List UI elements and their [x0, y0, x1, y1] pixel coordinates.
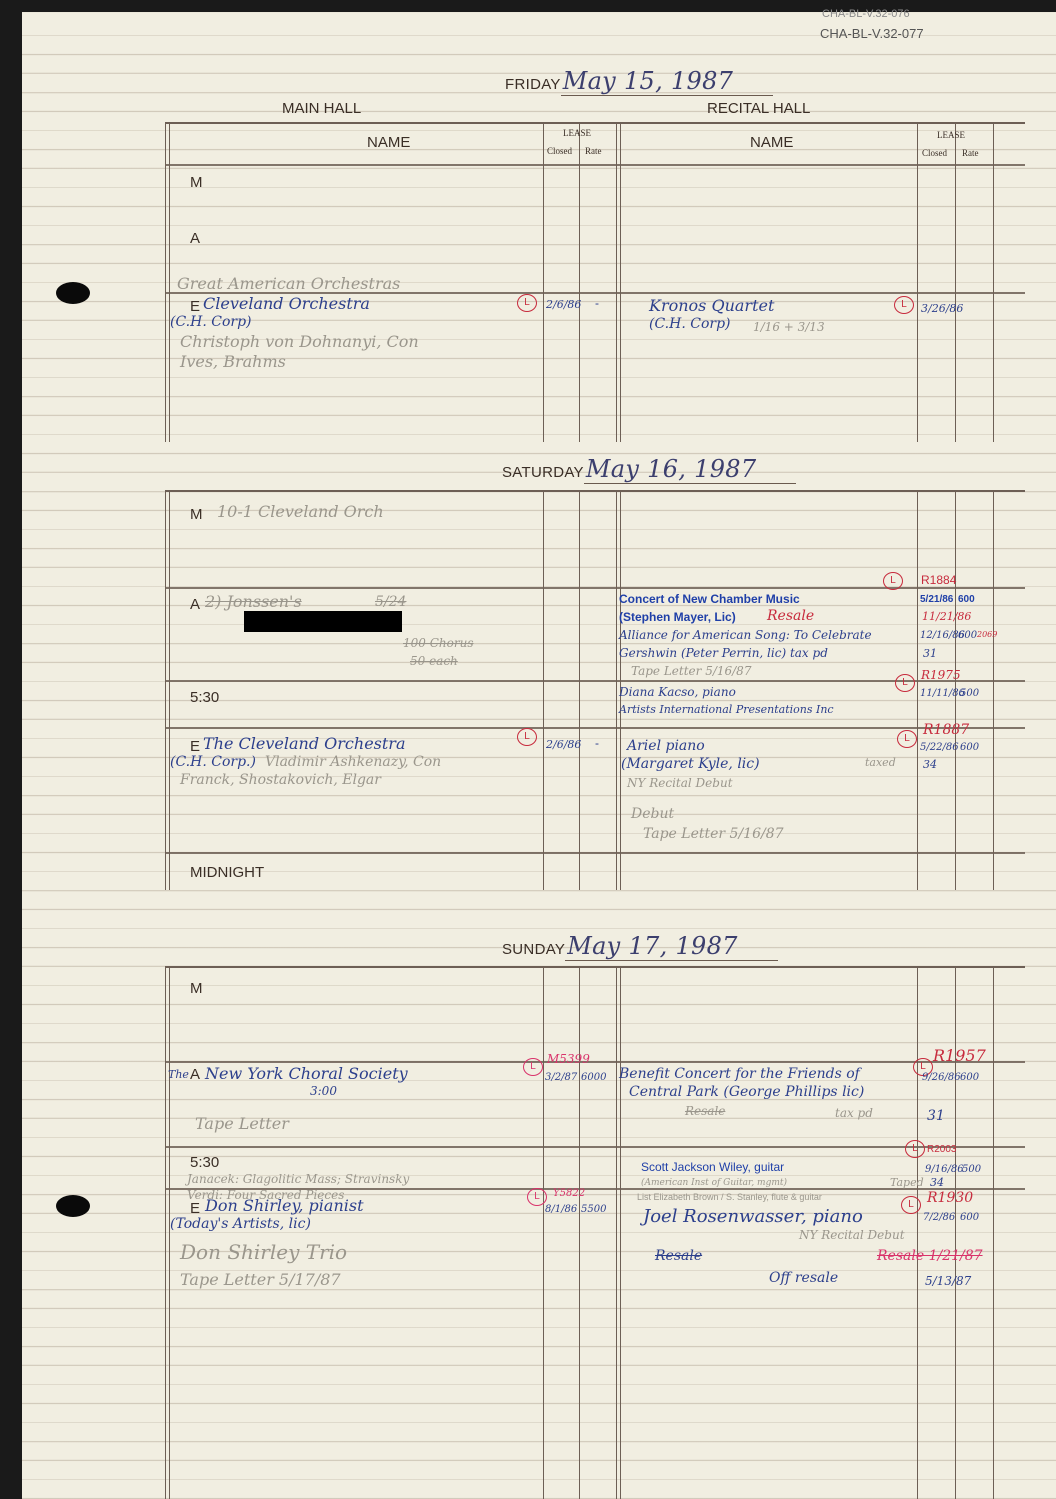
- rate-value: 500: [962, 1164, 981, 1175]
- main-entry-name: The Cleveland Orchestra: [203, 734, 405, 753]
- struck-note: 100 Chorus: [403, 636, 473, 650]
- pencil-note: Tape Letter 5/16/87: [631, 664, 751, 678]
- closed-date: 9/16/86: [925, 1164, 964, 1175]
- rate-header: Rate: [962, 148, 979, 158]
- pencil-note: Great American Orchestras: [177, 274, 400, 293]
- closed-date: 7/2/86: [923, 1212, 955, 1223]
- struck-note: Resale: [655, 1248, 702, 1264]
- lease-mark-circle: L: [897, 730, 917, 748]
- rate-value: 600: [960, 1212, 979, 1223]
- sunday-grid: M The A New York Choral Society 3:00 Tap…: [165, 966, 1025, 1499]
- extra-value: 31: [927, 1108, 945, 1124]
- recital-entry-name: Joel Rosenwasser, piano: [643, 1206, 863, 1227]
- lease-mark-circle: L: [905, 1140, 925, 1158]
- punch-hole: [56, 1195, 90, 1217]
- struck-note: 5/24: [375, 594, 406, 610]
- punch-hole: [56, 282, 90, 304]
- struck-note: 50 each: [410, 654, 458, 668]
- slot-evening: E: [190, 738, 200, 755]
- main-entry-name: Cleveland Orchestra: [203, 294, 370, 313]
- lease-header: LEASE: [563, 128, 591, 138]
- day-date: May 17, 1987: [565, 932, 778, 961]
- pencil-note: Tape Letter 5/17/87: [180, 1270, 341, 1289]
- recital-entry-agent: Gershwin (Peter Perrin, lic) tax pd: [619, 646, 828, 660]
- slot-midnight: MIDNIGHT: [190, 864, 264, 881]
- contract-code: R2003: [927, 1144, 956, 1155]
- struck-note: Resale 1/21/87: [877, 1248, 983, 1264]
- saturday-grid: M 10-1 Cleveland Orch A 2) Jonssen's 5/2…: [165, 490, 1025, 890]
- day-name: SUNDAY: [502, 941, 565, 958]
- pencil-note: tax pd: [835, 1106, 873, 1120]
- recital-entry-name: Kronos Quartet: [649, 296, 774, 315]
- slot-evening: E: [190, 1200, 200, 1217]
- code-2: 2069: [977, 630, 997, 639]
- lease-mark-circle: L: [523, 1058, 543, 1076]
- pencil-note: Janacek: Glagolitic Mass; Stravinsky: [187, 1172, 409, 1186]
- slot-morning: M: [190, 506, 203, 523]
- rate-value: 6000: [581, 1072, 606, 1083]
- taped-note: Taped: [890, 1176, 924, 1189]
- rate-value: 5500: [581, 1204, 606, 1215]
- pencil-note: Debut: [631, 806, 674, 822]
- recital-entry-agent: (American Inst of Guitar, mgmt): [641, 1178, 787, 1188]
- closed-date: 11/11/86: [920, 688, 965, 699]
- main-entry-agent: (Today's Artists, lic): [170, 1216, 311, 1232]
- closed-date: 8/1/86: [545, 1204, 577, 1215]
- pencil-note: Tape Letter: [195, 1114, 289, 1133]
- rate-value: -: [595, 296, 599, 310]
- pencil-note: Tape Letter 5/16/87: [643, 826, 784, 842]
- closed-date: 2/6/86: [546, 738, 581, 751]
- slot-afternoon: A: [190, 596, 200, 613]
- lease-mark-circle: L: [527, 1188, 547, 1206]
- contract-code: R1957: [933, 1046, 986, 1065]
- closed-header: Closed: [547, 146, 572, 156]
- recital-entry-agent: (C.H. Corp): [649, 316, 731, 332]
- contract-code: R1887: [923, 722, 969, 738]
- main-entry-agent: (C.H. Corp.): [170, 754, 256, 770]
- name-column-header: NAME: [750, 134, 793, 151]
- day-date: May 15, 1987: [561, 67, 774, 96]
- contract-code: Y5822: [553, 1188, 585, 1199]
- lease-mark-circle: L: [901, 1196, 921, 1214]
- closed-header: Closed: [922, 148, 947, 158]
- recital-entry-agent: (Margaret Kyle, lic): [621, 756, 760, 772]
- main-entry-agent: (C.H. Corp): [170, 314, 252, 330]
- day-header-sunday: SUNDAYMay 17, 1987: [502, 932, 778, 960]
- main-entry-name: Don Shirley, pianist: [205, 1196, 364, 1215]
- main-entry-name: New York Choral Society: [205, 1064, 408, 1083]
- entry-prefix: The: [168, 1068, 189, 1081]
- extra-value: 31: [923, 647, 937, 660]
- pencil-note: Vladimir Ashkenazy, Con: [265, 754, 441, 770]
- slot-530: 5:30: [190, 1154, 219, 1171]
- resale-note: Resale: [767, 608, 814, 624]
- pencil-note: 10-1 Cleveland Orch: [217, 502, 384, 521]
- pencil-note: Christoph von Dohnanyi, Con: [180, 332, 419, 351]
- day-header-saturday: SATURDAYMay 16, 1987: [502, 455, 796, 483]
- off-resale-note: Off resale: [769, 1270, 838, 1286]
- lease-mark-circle: L: [894, 296, 914, 314]
- day-date: May 16, 1987: [584, 455, 797, 484]
- extra-value: 34: [930, 1176, 944, 1189]
- reference-old: CHA-BL-V.32-076: [822, 8, 910, 20]
- friday-grid: NAME LEASE Closed Rate NAME LEASE Closed…: [165, 122, 1025, 442]
- rate-value: 600: [960, 742, 979, 753]
- closed-date: 2/6/86: [546, 298, 581, 311]
- recital-entry-name: Scott Jackson Wiley, guitar: [641, 1160, 784, 1174]
- closed-date: 9/26/86: [922, 1072, 961, 1083]
- ledger-page: CHA-BL-V.32-076 CHA-BL-V.32-077 FRIDAYMa…: [22, 12, 1056, 1499]
- slot-morning: M: [190, 980, 203, 997]
- entry-time: 3:00: [310, 1084, 337, 1098]
- lease-mark-circle: L: [517, 728, 537, 746]
- closed-date-2: 11/21/86: [922, 610, 971, 623]
- name-column-header: NAME: [367, 134, 410, 151]
- lease-header: LEASE: [937, 130, 965, 140]
- slot-530: 5:30: [190, 689, 219, 706]
- recital-entry-name: Ariel piano: [627, 738, 705, 754]
- day-name: FRIDAY: [505, 76, 561, 93]
- extra-value: 34: [923, 758, 937, 771]
- rate-value: 600: [960, 1072, 979, 1083]
- pencil-note: NY Recital Debut: [799, 1228, 905, 1242]
- struck-entry: 2) Jonssen's: [205, 592, 302, 611]
- recital-entry-name: Concert of New Chamber Music: [619, 592, 800, 606]
- day-name: SATURDAY: [502, 464, 584, 481]
- pencil-note: Don Shirley Trio: [180, 1240, 347, 1264]
- date-note: 5/13/87: [925, 1274, 971, 1288]
- pencil-note: NY Recital Debut: [627, 776, 733, 790]
- reference-number: CHA-BL-V.32-077: [820, 26, 924, 41]
- closed-date: 3/2/87: [545, 1072, 577, 1083]
- recital-entry-agent: Central Park (George Phillips lic): [629, 1084, 864, 1100]
- recital-entry-agent: (Stephen Mayer, Lic): [619, 610, 736, 624]
- contract-code: M5399: [547, 1052, 590, 1066]
- lease-mark-circle: L: [883, 572, 903, 590]
- day-header-friday: FRIDAYMay 15, 1987: [505, 67, 773, 95]
- closed-date: 5/22/86: [920, 742, 959, 753]
- slot-morning: M: [190, 174, 203, 191]
- recital-entry-name: Diana Kacso, piano: [619, 685, 736, 699]
- recital-hall-header: RECITAL HALL: [707, 100, 810, 117]
- rate-value: 600: [958, 594, 975, 605]
- rate-value: -: [595, 736, 599, 750]
- recital-entry-name: Benefit Concert for the Friends of: [619, 1066, 860, 1082]
- rate-value: 500: [960, 688, 979, 699]
- pencil-note: Franck, Shostakovich, Elgar: [180, 772, 381, 788]
- contract-code: R1884: [921, 573, 956, 587]
- closed-date: 3/26/86: [921, 302, 963, 315]
- main-hall-header: MAIN HALL: [282, 100, 361, 117]
- contract-code: R1975: [921, 668, 961, 682]
- rate-header: Rate: [585, 146, 602, 156]
- struck-note: Resale: [685, 1104, 725, 1118]
- recital-entry-name: Alliance for American Song: To Celebrate: [619, 628, 872, 642]
- pencil-note: Ives, Brahms: [180, 352, 286, 371]
- rate-value: 600: [958, 630, 977, 641]
- slot-afternoon: A: [190, 1066, 200, 1083]
- lease-mark-circle: L: [517, 294, 537, 312]
- closed-date: 5/21/86: [920, 594, 953, 605]
- recital-entry-agent: Artists International Presentations Inc: [619, 703, 834, 716]
- slot-afternoon: A: [190, 230, 200, 247]
- pencil-note: List Elizabeth Brown / S. Stanley, flute…: [637, 1192, 822, 1202]
- lease-mark-circle: L: [895, 674, 915, 692]
- redaction-bar: [244, 611, 402, 632]
- pencil-note: 1/16 + 3/13: [753, 320, 825, 334]
- contract-code: R1930: [927, 1190, 973, 1206]
- taxed-note: taxed: [865, 756, 896, 769]
- slot-evening: E: [190, 298, 200, 315]
